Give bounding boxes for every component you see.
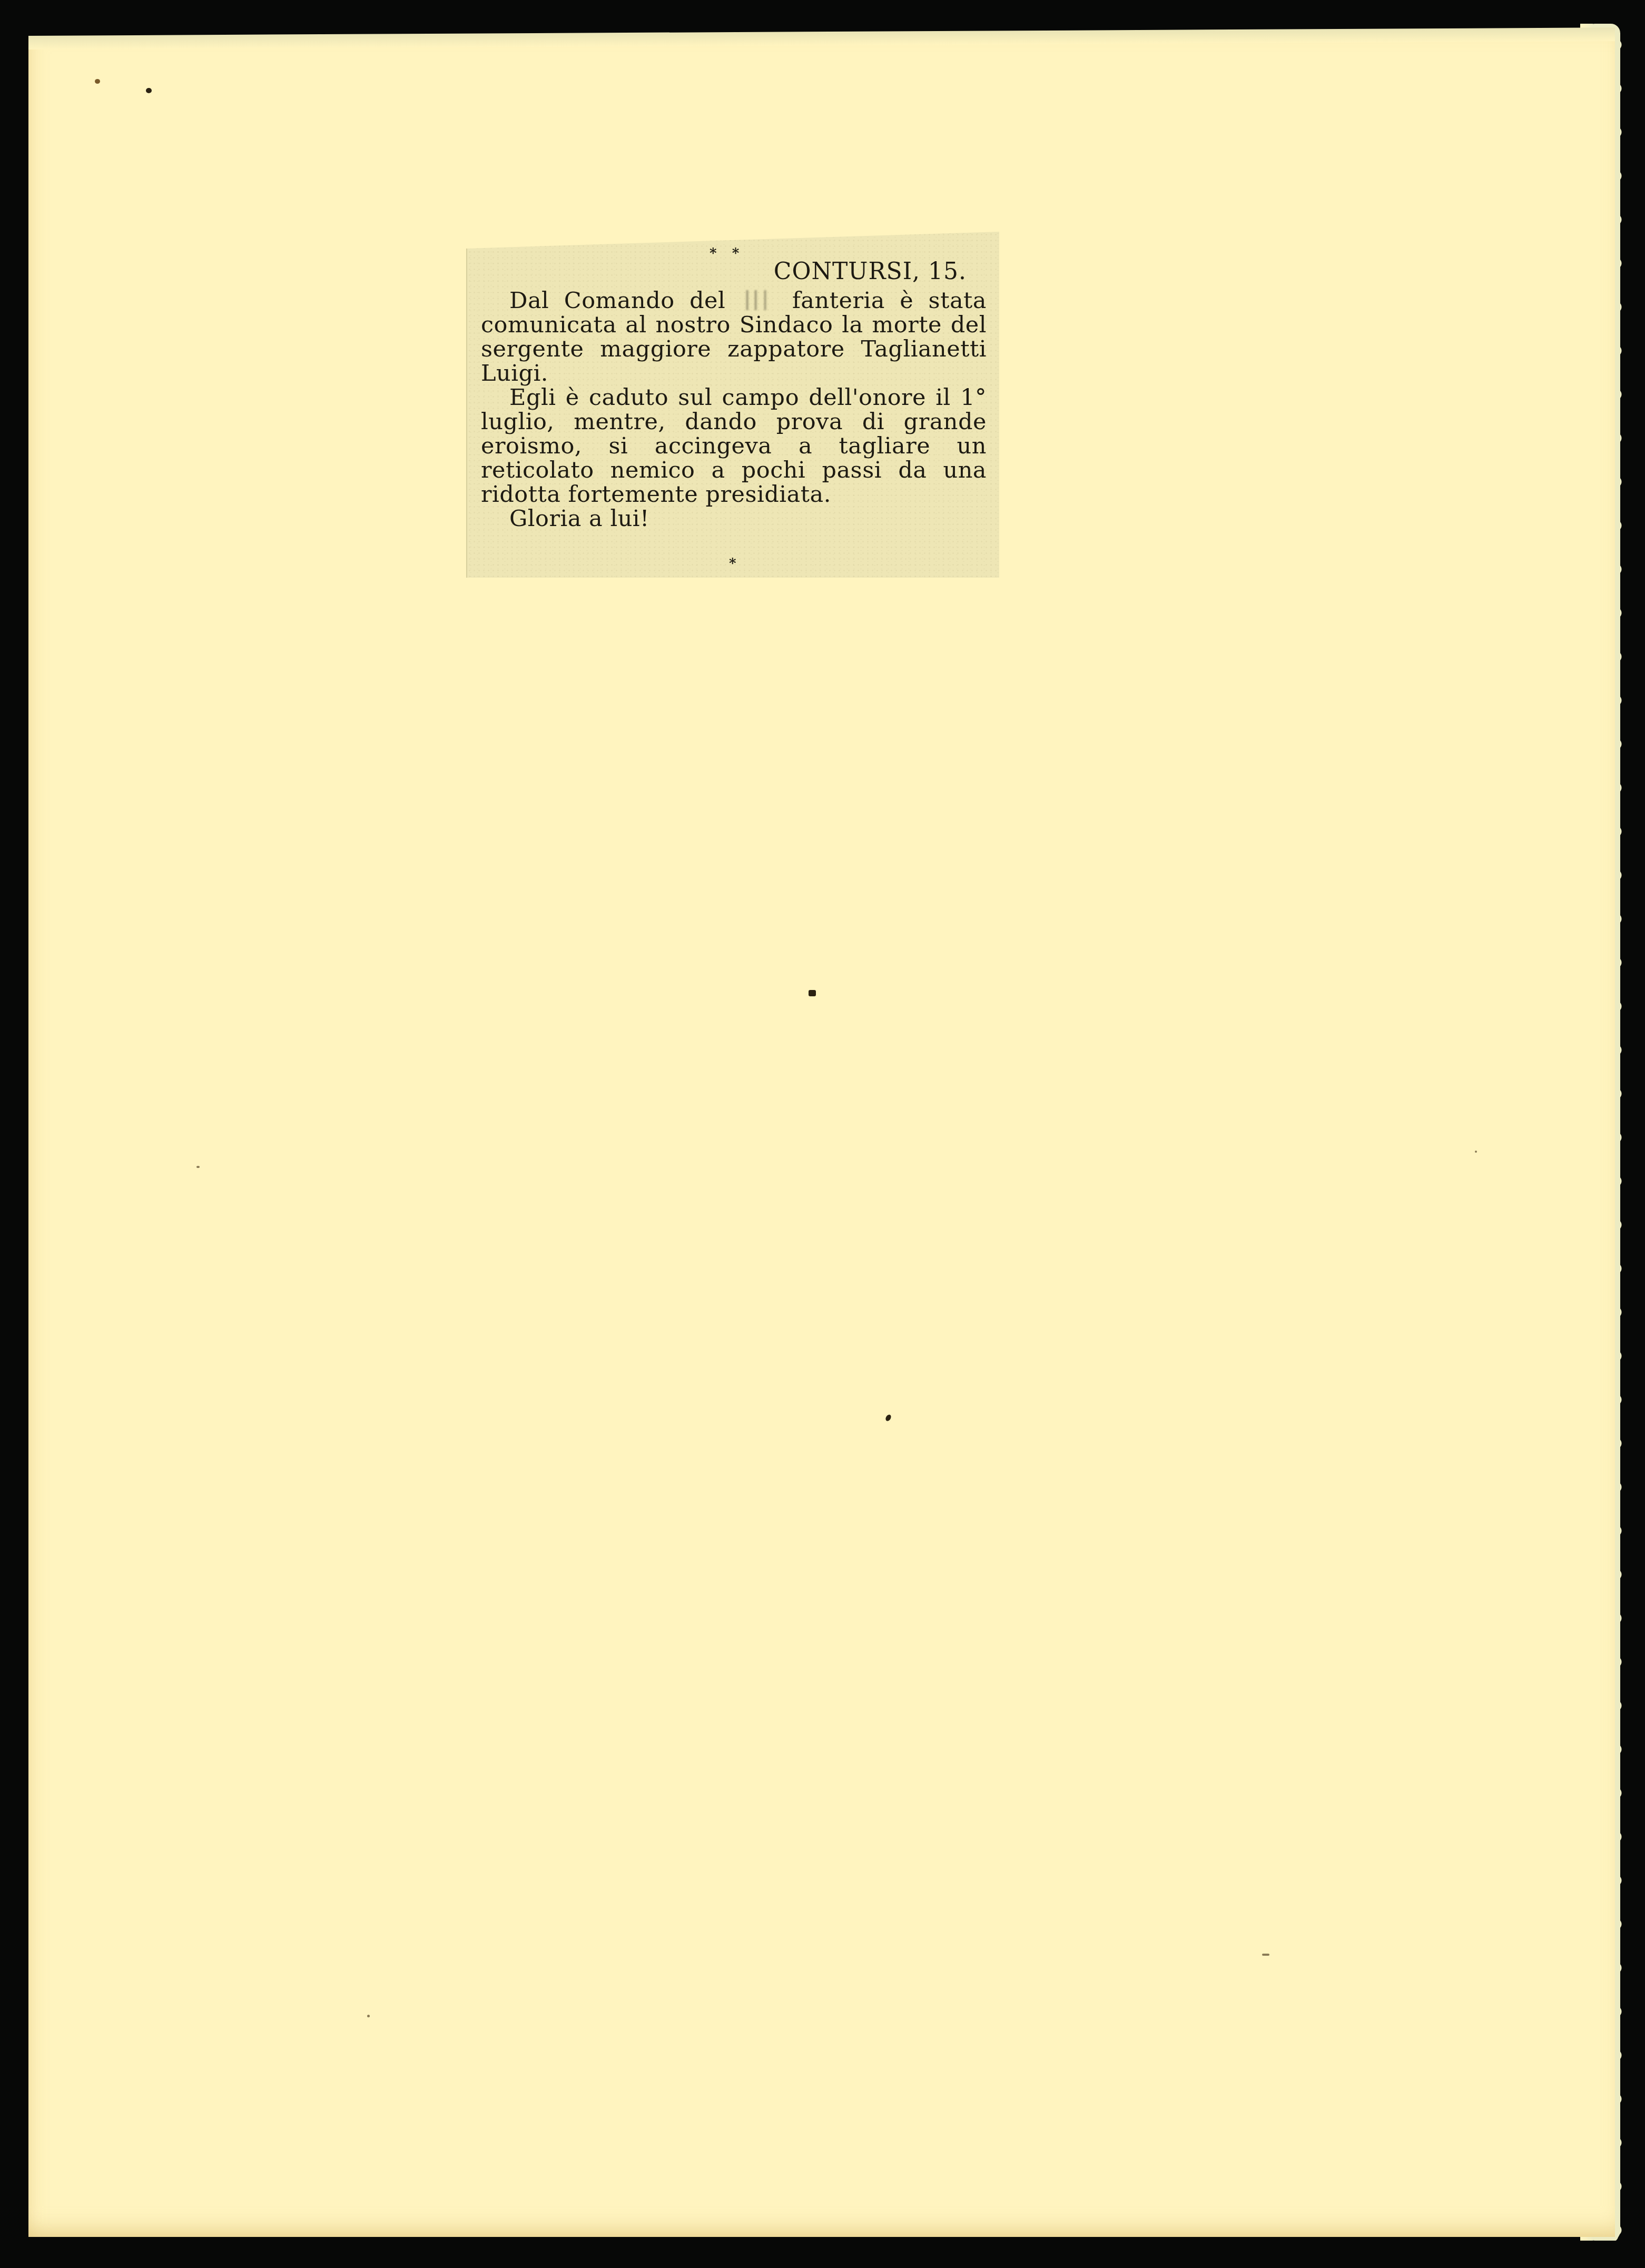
- clipping-ornament-top: * *: [710, 245, 744, 261]
- clipping-closing-line: Gloria a lui!: [481, 507, 987, 531]
- paper-speck: [809, 990, 816, 996]
- paragraph-text-before-censor: Dal Comando del: [509, 288, 725, 314]
- paper-speck: [1475, 1151, 1477, 1153]
- scanned-page: * * CONTURSI, 15. Dal Comando del fanter…: [0, 0, 1645, 2268]
- clipping-paragraph: Dal Comando del fanteria è stata comunic…: [481, 289, 987, 385]
- newspaper-clipping: * * CONTURSI, 15. Dal Comando del fanter…: [466, 232, 999, 578]
- clipping-paragraph: Egli è caduto sul campo dell'onore il 1°…: [481, 385, 987, 507]
- paper-speck: [95, 79, 100, 84]
- censored-regiment-number: [741, 290, 777, 310]
- paper-speck: [196, 1166, 200, 1168]
- paper-speck: [1262, 1954, 1269, 1956]
- clipping-dateline: CONTURSI, 15.: [774, 258, 967, 285]
- clipping-body: Dal Comando del fanteria è stata comunic…: [481, 289, 987, 531]
- paper-speck: [367, 2015, 370, 2017]
- paper-speck: [146, 88, 152, 93]
- clipping-ornament-bottom: *: [729, 556, 736, 571]
